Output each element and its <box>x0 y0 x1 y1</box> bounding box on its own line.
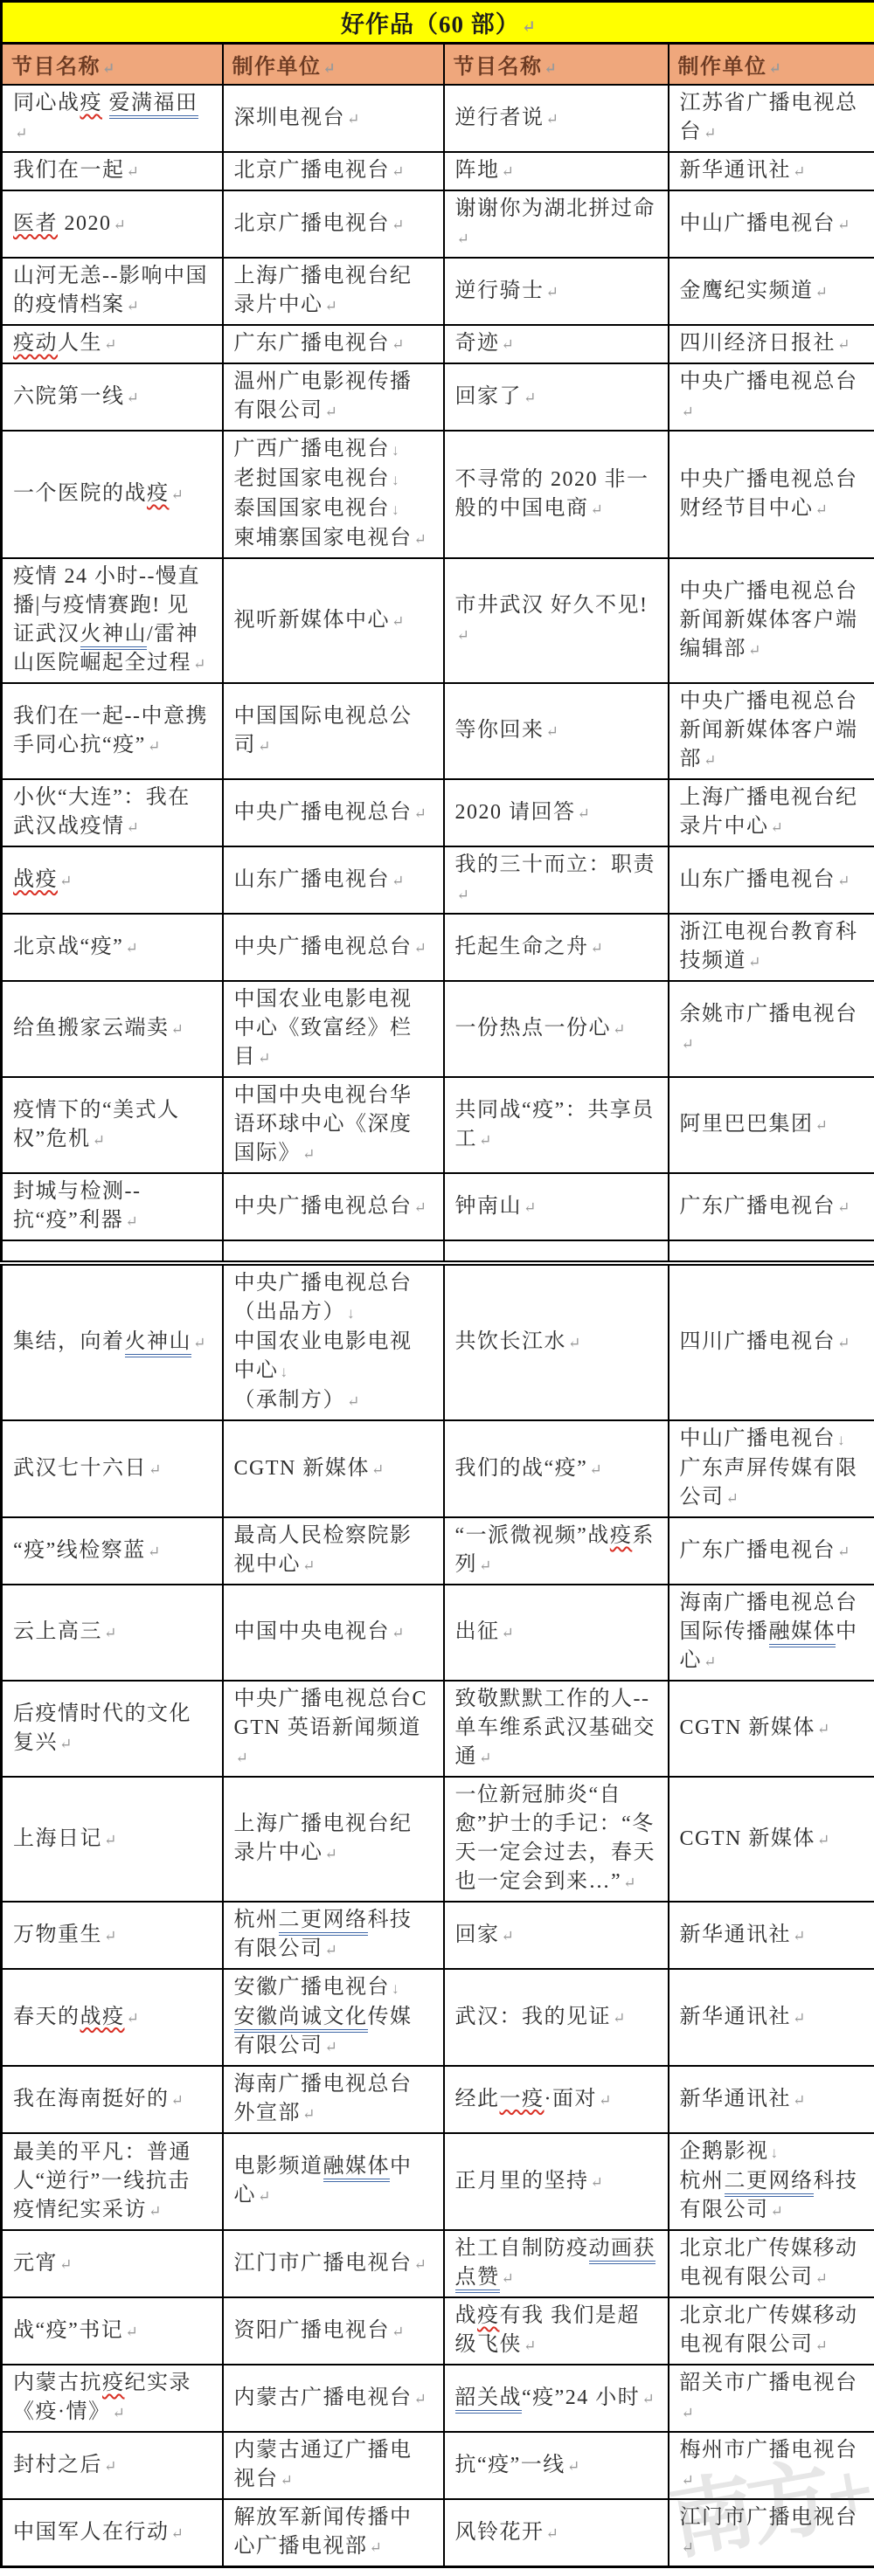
program-cell: 回家↵ <box>444 1902 669 1969</box>
paragraph-mark: ↵ <box>234 1750 248 1766</box>
cell-text: 元宵 <box>13 2252 58 2275</box>
program-cell: 武汉：我的见证↵ <box>444 1969 669 2066</box>
spellcheck-underlined-text: 疫 <box>610 1524 633 1547</box>
program-cell: 2020 请回答↵ <box>444 779 669 846</box>
grammar-underlined-text: 融媒体 <box>323 2155 391 2182</box>
page-title-text: 好作品（60 部） <box>341 11 520 38</box>
cell-text: 中央广播电视总台 <box>680 370 858 393</box>
cell-text: 新华通讯社 <box>680 2088 792 2110</box>
grammar-underlined-text: 安徽尚诚文化 <box>234 2006 368 2033</box>
producer-cell: 内蒙古通辽广播电视台↵ <box>223 2432 444 2499</box>
paragraph-mark: ↵ <box>522 1199 536 1216</box>
cell-text: 资阳广播电视台 <box>234 2319 391 2342</box>
producer-cell: 广东广播电视台↵ <box>669 1173 874 1240</box>
producer-cell: 江苏省广播电视总台↵ <box>669 85 874 152</box>
program-cell: 战疫有我 我们是超级飞侠↵ <box>444 2297 669 2365</box>
cell-text: 中国农业电影电视中心 <box>234 1330 413 1382</box>
paragraph-mark: ↵ <box>123 940 137 957</box>
paragraph-mark: ↵ <box>500 1928 514 1944</box>
paragraph-mark: ↵ <box>576 805 590 822</box>
paragraph-mark: ↵ <box>170 2092 184 2109</box>
spellcheck-underlined-text: 疫 <box>477 2304 500 2327</box>
cell-text: 武汉七十六日 <box>13 1457 147 1480</box>
paragraph-mark: ↵ <box>91 1132 105 1149</box>
cell-text: 我在海南挺好的 <box>13 2088 170 2110</box>
cell-text: 安徽广播电视台 <box>234 1976 391 1999</box>
paragraph-mark: ↵ <box>125 390 139 406</box>
cell-text: 春天的 <box>13 2006 80 2028</box>
table-row: 我们在一起↵北京广播电视台↵阵地↵新华通讯社↵ <box>2 152 874 190</box>
cell-text: 云上高三 <box>13 1620 102 1643</box>
table-row: 山河无恙--影响中国的疫情档案↵上海广播电视台纪录片中心↵逆行骑士↵金鹰纪实频道… <box>2 258 874 325</box>
program-cell: 经此一疫·面对↵ <box>444 2066 669 2133</box>
cell-text: 深圳电视台 <box>234 107 346 129</box>
paragraph-mark: ↵ <box>621 1875 635 1891</box>
program-cell <box>444 1240 669 1263</box>
grammar-underlined-text: 动画 <box>589 2237 634 2264</box>
spacer-row <box>2 1240 874 1263</box>
spellcheck-underlined-text: 疫 <box>147 482 170 505</box>
producer-cell: 广东广播电视台↵ <box>669 1517 874 1585</box>
grammar-underlined-text: 二更网络 <box>725 2170 814 2197</box>
program-cell: 一个医院的战疫↵ <box>2 431 223 558</box>
cell-text: 经此 <box>455 2088 500 2110</box>
cell-text: 托起生命之舟 <box>455 936 589 958</box>
program-cell: 同心战疫 爱满福田↵ <box>2 85 223 152</box>
producer-cell: 最高人民检察院影视中心↵ <box>223 1517 444 1585</box>
program-cell: “一派微视频”战疫系列↵ <box>444 1517 669 1585</box>
cell-text: 新华通讯社 <box>680 2006 792 2028</box>
paragraph-mark: ↵ <box>112 217 126 233</box>
producer-cell: 温州广电影视传播有限公司↵ <box>223 363 444 431</box>
col-header-label: 制作单位 <box>232 56 322 79</box>
line-break-mark: ↓ <box>769 2144 779 2161</box>
program-cell: 上海日记↵ <box>2 1777 223 1902</box>
producer-cell: 海南广播电视总台外宣部↵ <box>223 2066 444 2133</box>
program-cell: 共饮长江水↵ <box>444 1263 669 1420</box>
paragraph-mark: ↵ <box>836 1335 850 1351</box>
producer-cell: 四川经济日报社↵ <box>669 325 874 363</box>
program-cell: 阵地↵ <box>444 152 669 190</box>
paragraph-mark: ↵ <box>587 1461 601 1478</box>
producer-cell: 中国农业电影电视中心《致富经》栏目↵ <box>223 981 444 1077</box>
producer-cell: 广东广播电视台↵ <box>223 325 444 363</box>
cell-text: 北京北广传媒移动电视有限公司 <box>680 2304 858 2356</box>
paragraph-mark: ↵ <box>191 656 205 673</box>
producer-cell: 新华通讯社↵ <box>669 1969 874 2066</box>
program-cell: 春天的战疫↵ <box>2 1969 223 2066</box>
table-row: 后疫情时代的文化复兴↵中央广播电视总台CGTN 英语新闻频道↵致敬默默工作的人-… <box>2 1681 874 1777</box>
producer-cell: 中国中央电视台华语环球中心《深度国际》↵ <box>223 1077 444 1173</box>
cell-text: 中山广播电视台 <box>680 1427 836 1450</box>
cell-text: 浙江电视台教育科技频道 <box>680 921 858 972</box>
cell-text: 等你回来 <box>455 719 545 742</box>
cell-text: 江门市广播电视台 <box>234 2252 413 2275</box>
paragraph-mark: ↵ <box>102 1832 116 1848</box>
producer-cell: 北京北广传媒移动电视有限公司↵ <box>669 2230 874 2297</box>
paragraph-mark: ↵ <box>597 2092 611 2109</box>
paragraph-mark: ↵ <box>147 1461 161 1478</box>
cell-text: 广东声屏传媒有限公司 <box>680 1457 858 1509</box>
paragraph-mark: ↵ <box>814 284 828 300</box>
program-cell: 逆行骑士↵ <box>444 258 669 325</box>
program-cell: 给鱼搬家云端卖↵ <box>2 981 223 1077</box>
table-row: 小伙“大连”：我在武汉战疫情↵中央广播电视总台↵2020 请回答↵上海广播电视台… <box>2 779 874 846</box>
table-row: 封城与检测--抗“疫”利器↵中央广播电视总台↵钟南山↵广东广播电视台↵ <box>2 1173 874 1240</box>
cell-text: 中国中央电视台 <box>234 1620 391 1643</box>
paragraph-mark: ↵ <box>746 642 760 659</box>
table-row: 疫动人生↵广东广播电视台↵奇迹↵四川经济日报社↵ <box>2 325 874 363</box>
paragraph-mark: ↵ <box>102 1625 116 1641</box>
spellcheck-underlined-text: 疫动 <box>13 332 58 355</box>
paragraph-mark: ↵ <box>814 501 828 518</box>
paragraph-mark: ↵ <box>791 1928 805 1944</box>
producer-cell: 金鹰纪实频道↵ <box>669 258 874 325</box>
cell-text: 泰国国家电视台 <box>234 497 391 520</box>
producer-cell: 内蒙古广播电视台↵ <box>223 2365 444 2432</box>
paragraph-mark: ↵ <box>543 60 557 77</box>
paragraph-mark: ↵ <box>102 336 116 353</box>
program-cell: 封村之后↵ <box>2 2432 223 2499</box>
cell-text: 中央广播电视总台 <box>234 1195 413 1218</box>
producer-cell: 上海广播电视台纪录片中心↵ <box>223 1777 444 1902</box>
cell-text: 广西广播电视台 <box>234 438 391 460</box>
producer-cell: 中央广播电视总台财经节目中心↵ <box>669 431 874 558</box>
producer-cell: 深圳电视台↵ <box>223 85 444 152</box>
producer-cell: 中央广播电视总台↵ <box>223 1173 444 1240</box>
paragraph-mark: ↵ <box>815 1721 829 1737</box>
paragraph-mark: ↵ <box>345 111 359 128</box>
cell-text: 内蒙古广播电视台 <box>234 2386 413 2409</box>
producer-cell: 中国中央电视台↵ <box>223 1585 444 1681</box>
cell-text: 内蒙古通辽广播电视台 <box>234 2439 413 2490</box>
paragraph-mark: ↵ <box>680 2405 694 2421</box>
cell-text: 上海日记 <box>13 1827 102 1850</box>
cell-text: 中山广播电视台 <box>680 212 836 235</box>
cell-text: 四川经济日报社 <box>680 332 836 355</box>
cell-text: 逆行者说 <box>455 107 545 129</box>
program-cell: 云上高三↵ <box>2 1585 223 1681</box>
paragraph-mark: ↵ <box>640 2391 654 2407</box>
cell-text: 后疫情时代的文化复兴 <box>13 1702 191 1754</box>
cell-text: 我们在一起--中意携手同心抗“疫” <box>13 705 208 756</box>
producer-cell: 解放军新闻传播中心广播电视部↵ <box>223 2499 444 2567</box>
program-cell: 抗“疫”一线↵ <box>444 2432 669 2499</box>
line-break-mark: ↓ <box>390 442 399 459</box>
cell-text: 集结，向着 <box>13 1330 125 1353</box>
cell-text: 柬埔寨国家电视台 <box>234 527 413 549</box>
cell-text: 六院第一线 <box>13 385 125 408</box>
producer-cell <box>223 1240 444 1263</box>
paragraph-mark: ↵ <box>814 2338 828 2354</box>
cell-text: 中央广播电视总台财经节目中心 <box>680 468 858 520</box>
paragraph-mark: ↵ <box>545 2525 558 2542</box>
col-header-label: 制作单位 <box>678 56 767 79</box>
producer-cell: CGTN 新媒体↵ <box>223 1420 444 1517</box>
cell-text: 封村之后 <box>13 2454 102 2476</box>
program-cell: 我们在一起--中意携手同心抗“疫”↵ <box>2 683 223 779</box>
paragraph-mark: ↵ <box>836 873 850 889</box>
paragraph-mark: ↵ <box>611 2010 625 2027</box>
producer-cell: 北京广播电视台↵ <box>223 190 444 258</box>
cell-text: 不寻常的 2020 非一般的中国电商 <box>455 468 649 520</box>
grammar-underlined-text: 火神山 <box>80 623 148 650</box>
spellcheck-underlined-text: 战疫 <box>80 2006 125 2028</box>
paragraph-mark: ↵ <box>413 531 427 548</box>
producer-cell: 浙江电视台教育科技频道↵ <box>669 914 874 981</box>
paragraph-mark: ↵ <box>345 1393 359 1410</box>
paragraph-mark: ↵ <box>814 2270 828 2287</box>
program-cell: 北京战“疫”↵ <box>2 914 223 981</box>
paragraph-mark: ↵ <box>323 404 337 420</box>
paragraph-mark: ↵ <box>520 18 536 37</box>
line-break-mark: ↓ <box>390 501 399 518</box>
paragraph-mark: ↵ <box>746 954 760 970</box>
producer-cell: CGTN 新媒体↵ <box>669 1777 874 1902</box>
cell-text: 逆行骑士 <box>455 280 545 302</box>
paragraph-mark: ↵ <box>323 2039 337 2055</box>
producer-cell: 杭州二更网络科技有限公司↵ <box>223 1902 444 1969</box>
cell-text: 山东广播电视台 <box>680 868 836 891</box>
paragraph-mark: ↵ <box>545 723 558 740</box>
paragraph-mark: ↵ <box>680 1036 694 1053</box>
cell-text: 一个医院的战 <box>13 482 147 505</box>
producer-cell: 韶关市广播电视台↵ <box>669 2365 874 2432</box>
grammar-underlined-text: 爱满福田 <box>109 92 198 119</box>
cell-text: 钟南山 <box>455 1195 523 1218</box>
paragraph-mark: ↵ <box>500 1625 514 1641</box>
producer-cell: 中国国际电视总公司↵ <box>223 683 444 779</box>
cell-text: “一派微视频”战 <box>455 1524 610 1547</box>
table-row: 北京战“疫”↵中央广播电视总台↵托起生命之舟↵浙江电视台教育科技频道↵ <box>2 914 874 981</box>
title-row: 好作品（60 部）↵ <box>2 2 874 44</box>
paragraph-mark: ↵ <box>146 1544 160 1560</box>
program-cell: 战疫↵ <box>2 846 223 914</box>
cell-text: 封城与检测--抗“疫”利器 <box>13 1180 141 1232</box>
producer-cell: 阿里巴巴集团↵ <box>669 1077 874 1173</box>
cell-text: 中央广播电视总台（出品方） <box>234 1272 413 1323</box>
program-cell: 不寻常的 2020 非一般的中国电商↵ <box>444 431 669 558</box>
paragraph-mark: ↵ <box>147 2203 161 2220</box>
cell-text: 中央广播电视总台新闻新媒体客户端编辑部 <box>680 580 858 660</box>
cell-text: 战 <box>455 2304 478 2327</box>
line-break-mark: ↓ <box>279 1364 288 1380</box>
grammar-underlined-text: 火神山 <box>125 1330 192 1357</box>
producer-cell: 视听新媒体中心↵ <box>223 558 444 683</box>
producer-cell: 中央广播电视总台CGTN 英语新闻频道↵ <box>223 1681 444 1777</box>
program-cell: 武汉七十六日↵ <box>2 1420 223 1517</box>
producer-cell: 中央广播电视总台新闻新媒体客户端编辑部↵ <box>669 558 874 683</box>
cell-text: 山东广播电视台 <box>234 868 391 891</box>
producer-cell: 山东广播电视台↵ <box>669 846 874 914</box>
cell-text: 新华通讯社 <box>680 159 792 182</box>
program-cell: 奇迹↵ <box>444 325 669 363</box>
cell-text: CGTN 新媒体 <box>234 1457 370 1480</box>
cell-text: 奇迹 <box>455 332 500 355</box>
producer-cell: 企鹅影视↓杭州二更网络科技有限公司↵ <box>669 2133 874 2230</box>
paragraph-mark: ↵ <box>102 1928 116 1944</box>
paragraph-mark: ↵ <box>125 298 139 314</box>
paragraph-mark: ↵ <box>545 284 558 300</box>
table-row: 最美的平凡：普通人“逆行”一线抗击疫情纪实采访↵电影频道融媒体中心↵正月里的坚持… <box>2 2133 874 2230</box>
paragraph-mark: ↵ <box>589 501 603 518</box>
paragraph-mark: ↵ <box>170 2525 184 2542</box>
program-cell: 托起生命之舟↵ <box>444 914 669 981</box>
paragraph-mark: ↵ <box>125 163 139 180</box>
program-cell: 致敬默默工作的人--单车维系武汉基础交通↵ <box>444 1681 669 1777</box>
cell-text: 我们的战“疫” <box>455 1457 588 1480</box>
table-row: 上海日记↵上海广播电视台纪录片中心↵一位新冠肺炎“自愈”护士的手记：“冬天一定会… <box>2 1777 874 1902</box>
cell-text: 企鹅影视 <box>680 2140 769 2163</box>
paragraph-mark: ↵ <box>589 940 603 957</box>
cell-text: 抗“疫”一线 <box>455 2454 565 2476</box>
program-cell: 疫动人生↵ <box>2 325 223 363</box>
producer-cell: 中央广播电视总台↵ <box>669 363 874 431</box>
producer-cell: 中山广播电视台↓广东声屏传媒有限公司↵ <box>669 1420 874 1517</box>
paragraph-mark: ↵ <box>125 819 139 836</box>
cell-text: 内蒙古抗 <box>13 2372 102 2394</box>
paragraph-mark: ↵ <box>323 298 337 314</box>
cell-text: ·面对 <box>545 2088 598 2110</box>
program-cell: 元宵↵ <box>2 2230 223 2297</box>
program-cell: 集结，向着火神山↵ <box>2 1263 223 1420</box>
cell-text: 出征 <box>455 1620 500 1643</box>
cell-text: 我们在一起 <box>13 159 125 182</box>
cell-text <box>102 92 109 114</box>
paragraph-mark: ↵ <box>836 1199 850 1216</box>
grammar-underlined-text: 二更网络 <box>279 1909 368 1936</box>
cell-text: （承制方） <box>234 1389 346 1412</box>
producer-cell: 安徽广播电视台↓安徽尚诚文化传媒有限公司↵ <box>223 1969 444 2066</box>
paragraph-mark: ↵ <box>791 2092 805 2109</box>
cell-text: 中央广播电视总台 <box>234 801 413 824</box>
paragraph-mark: ↵ <box>368 2539 382 2556</box>
program-cell: 中国军人在行动↵ <box>2 2499 223 2567</box>
paragraph-mark: ↵ <box>191 1335 205 1351</box>
paragraph-mark: ↵ <box>170 487 184 503</box>
cell-text: 最美的平凡：普通人“逆行”一线抗击疫情纪实采访 <box>13 2141 191 2221</box>
producer-cell: 中央广播电视总台新闻新媒体客户端部↵ <box>669 683 874 779</box>
program-cell: 我的三十而立：职责↵ <box>444 846 669 914</box>
cell-text: 人生 <box>58 332 102 355</box>
awards-table: 好作品（60 部）↵ 节目名称↵ 制作单位↵ 节目名称↵ 制作单位↵ 同心战疫 … <box>0 0 874 2568</box>
cell-text: 阵地 <box>455 159 500 182</box>
paragraph-mark: ↵ <box>323 1846 337 1862</box>
cell-text: 小伙“大连”：我在武汉战疫情 <box>13 786 191 838</box>
cell-text: 中央广播电视总台CGTN 英语新闻频道 <box>234 1688 428 1739</box>
table-row: 疫情下的“美式人权”危机↵中国中央电视台华语环球中心《深度国际》↵共同战“疫”：… <box>2 1077 874 1173</box>
paragraph-mark: ↵ <box>566 1335 580 1351</box>
paragraph-mark: ↵ <box>522 390 536 406</box>
paragraph-mark: ↵ <box>769 2203 783 2220</box>
producer-cell: 山东广播电视台↵ <box>223 846 444 914</box>
program-cell: 六院第一线↵ <box>2 363 223 431</box>
producer-cell: 中央广播电视总台（出品方）↓中国农业电影电视中心↓（承制方）↵ <box>223 1263 444 1420</box>
table-row: 六院第一线↵温州广电影视传播有限公司↵回家了↵中央广播电视总台↵ <box>2 363 874 431</box>
table-row: 医者 2020↵北京广播电视台↵谢谢你为湖北拼过命↵中山广播电视台↵ <box>2 190 874 258</box>
col-header-producer-2: 制作单位↵ <box>669 44 874 86</box>
cell-text: 一份热点一份心 <box>455 1017 612 1039</box>
program-cell: 一位新冠肺炎“自愈”护士的手记：“冬天一定会过去，春天也一定会到来…”↵ <box>444 1777 669 1902</box>
program-cell: 社工自制防疫动画获点赞↵ <box>444 2230 669 2297</box>
cell-text: “疫”24 小时 <box>522 2386 640 2409</box>
line-break-mark: ↓ <box>836 1432 845 1448</box>
cell-text: 共饮长江水 <box>455 1330 567 1353</box>
paragraph-mark: ↵ <box>323 1942 337 1958</box>
program-cell: 正月里的坚持↵ <box>444 2133 669 2230</box>
paragraph-mark: ↵ <box>545 111 558 128</box>
producer-cell: 上海广播电视台纪录片中心↵ <box>223 258 444 325</box>
paragraph-mark: ↵ <box>565 2458 579 2475</box>
paragraph-mark: ↵ <box>836 217 850 233</box>
program-cell: 万物重生↵ <box>2 1902 223 1969</box>
paragraph-mark: ↵ <box>301 1557 315 1574</box>
paragraph-mark: ↵ <box>767 60 781 77</box>
paragraph-mark: ↵ <box>455 231 469 247</box>
program-cell: 内蒙古抗疫纪实录《疫·情》↵ <box>2 2365 223 2432</box>
paragraph-mark: ↵ <box>702 752 716 769</box>
paragraph-mark: ↵ <box>301 2106 315 2123</box>
paragraph-mark: ↵ <box>413 805 427 822</box>
producer-cell: 中央广播电视总台↵ <box>223 779 444 846</box>
paragraph-mark: ↵ <box>111 2405 125 2421</box>
cell-text: 北京广播电视台 <box>234 212 391 235</box>
producer-cell: 余姚市广播电视台↵ <box>669 981 874 1077</box>
program-cell: 我们的战“疫”↵ <box>444 1420 669 1517</box>
cell-text: 四川广播电视台 <box>680 1330 836 1353</box>
cell-text: 中国中央电视台华语环球中心《深度国际》 <box>234 1084 413 1164</box>
program-cell: 韶关战“疫”24 小时↵ <box>444 2365 669 2432</box>
cell-text: 2020 请回答 <box>455 801 576 824</box>
table-row: 疫情 24 小时--慢直播|与疫情赛跑! 见证武汉火神山/雷神山医院崛起全过程↵… <box>2 558 874 683</box>
table-row: 同心战疫 爱满福田↵深圳电视台↵逆行者说↵江苏省广播电视总台↵ <box>2 85 874 152</box>
spellcheck-underlined-text: 疫 <box>80 92 103 114</box>
producer-cell: 江门市广播电视台↵ <box>669 2499 874 2567</box>
program-cell: 山河无恙--影响中国的疫情档案↵ <box>2 258 223 325</box>
cell-text: 韶关市广播电视台 <box>680 2372 858 2394</box>
program-cell: 后疫情时代的文化复兴↵ <box>2 1681 223 1777</box>
paragraph-mark: ↵ <box>390 1625 404 1641</box>
program-cell: 出征↵ <box>444 1585 669 1681</box>
producer-cell: 四川广播电视台↵ <box>669 1263 874 1420</box>
paragraph-mark: ↵ <box>102 2458 116 2475</box>
paragraph-mark: ↵ <box>522 2338 536 2354</box>
paragraph-mark: ↵ <box>589 2174 603 2191</box>
cell-text: 视听新媒体中心 <box>234 609 391 632</box>
table-row: 一个医院的战疫↵广西广播电视台↓老挝国家电视台↓泰国国家电视台↓柬埔寨国家电视台… <box>2 431 874 558</box>
producer-cell: 新华通讯社↵ <box>669 1902 874 1969</box>
cell-text: 江门市广播电视台 <box>680 2506 858 2529</box>
cell-text: 同心战 <box>13 92 80 114</box>
paragraph-mark: ↵ <box>477 1557 491 1574</box>
paragraph-mark: ↵ <box>256 738 270 755</box>
cell-text: 给鱼搬家云端卖 <box>13 1017 170 1039</box>
cell-text: 回家 <box>455 1923 500 1946</box>
table-row: 战“疫”书记↵资阳广播电视台↵战疫有我 我们是超级飞侠↵北京北广传媒移动电视有限… <box>2 2297 874 2365</box>
line-break-mark: ↓ <box>390 1980 399 1997</box>
table-row: 万物重生↵杭州二更网络科技有限公司↵回家↵新华通讯社↵ <box>2 1902 874 1969</box>
spellcheck-underlined-text: 战疫 <box>13 868 58 891</box>
paragraph-mark: ↵ <box>413 940 427 957</box>
program-cell: 小伙“大连”：我在武汉战疫情↵ <box>2 779 223 846</box>
paragraph-mark: ↵ <box>725 1490 739 1507</box>
table-row: 武汉七十六日↵CGTN 新媒体↵我们的战“疫”↵中山广播电视台↓广东声屏传媒有限… <box>2 1420 874 1517</box>
program-cell: 疫情下的“美式人权”危机↵ <box>2 1077 223 1173</box>
cell-text: 海南广播电视总台外宣部 <box>234 2073 413 2124</box>
producer-cell: 广西广播电视台↓老挝国家电视台↓泰国国家电视台↓柬埔寨国家电视台↵ <box>223 431 444 558</box>
cell-text: 解放军新闻传播中心广播电视部 <box>234 2506 413 2558</box>
col-header-label: 节目名称 <box>454 56 543 79</box>
